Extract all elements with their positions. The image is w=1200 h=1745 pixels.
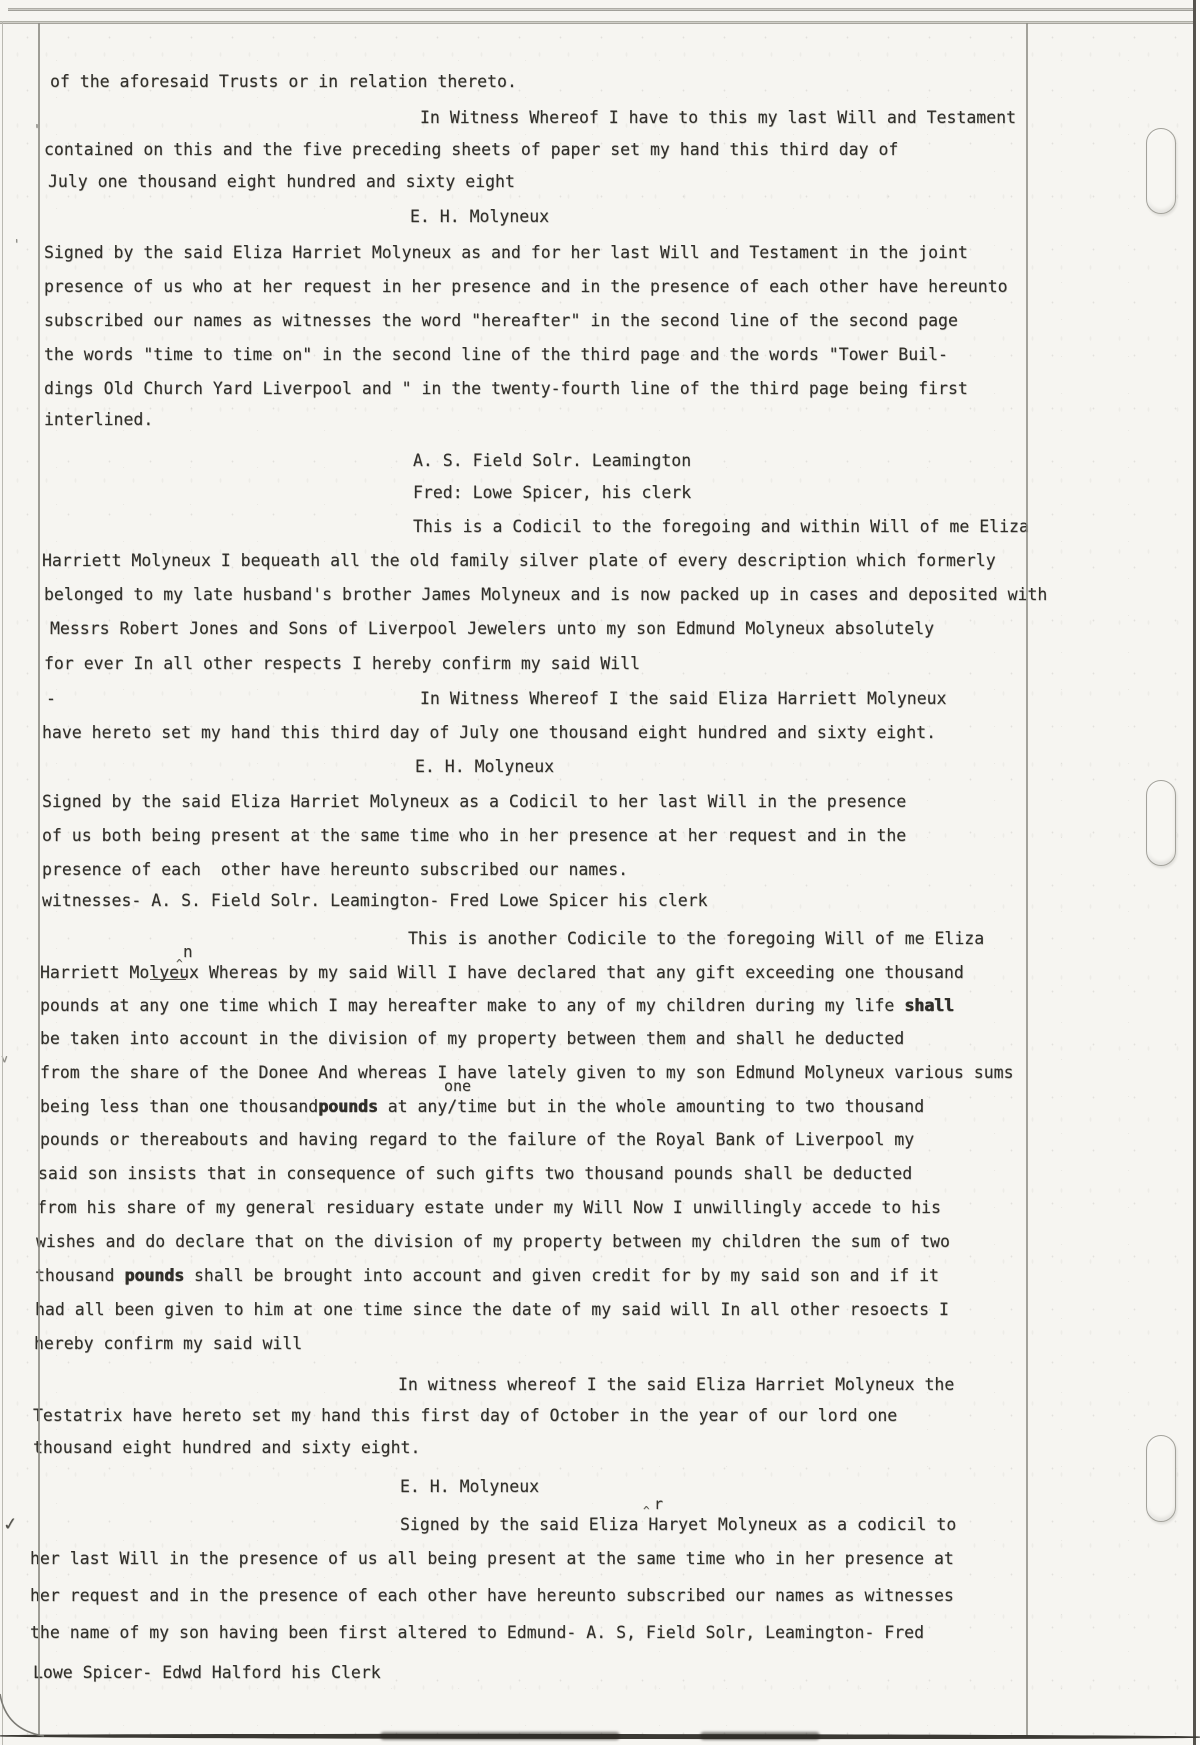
text-line: pounds at any one time which I may herea…: [40, 996, 954, 1016]
document-page: of the aforesaid Trusts or in relation t…: [0, 0, 1200, 1745]
left-page-edge-line: [2, 21, 3, 1745]
text-line: Lowe Spicer- Edwd Halford his Clerk: [33, 1663, 381, 1683]
text-line: witnesses- A. S. Field Solr. Leamington-…: [42, 891, 708, 911]
check-mark: ✓: [3, 1512, 17, 1533]
text-line: presence of each other have hereunto sub…: [42, 860, 628, 880]
text-line: In Witness Whereof I the said Eliza Harr…: [420, 689, 947, 709]
text-line: Signed by the said Eliza Harriet Molyneu…: [44, 243, 968, 263]
punch-hole: [1146, 128, 1176, 214]
punch-hole: [1146, 780, 1176, 866]
text-line: presence of us who at her request in her…: [44, 277, 1008, 297]
inserted-letter-r: r: [654, 1497, 663, 1512]
text-line: thousand pounds shall be brought into ac…: [35, 1266, 939, 1286]
text-line: This is another Codicile to the foregoin…: [408, 929, 984, 949]
text-line: of the aforesaid Trusts or in relation t…: [50, 72, 517, 92]
text-line: contained on this and the five preceding…: [44, 140, 898, 160]
text-line: thousand eight hundred and sixty eight.: [33, 1438, 420, 1458]
text-line: her last Will in the presence of us all …: [30, 1549, 954, 1569]
text-line: have hereto set my hand this third day o…: [42, 723, 936, 743]
text-line: belonged to my late husband's brother Ja…: [44, 585, 1047, 605]
text-line: wishes and do declare that on the divisi…: [36, 1232, 950, 1252]
text-line: from the share of the Donee And whereas …: [40, 1063, 1014, 1083]
text-line: had all been given to him at one time si…: [35, 1300, 949, 1320]
text-line: In witness whereof I the said Eliza Harr…: [398, 1375, 954, 1395]
text-line: Messrs Robert Jones and Sons of Liverpoo…: [50, 619, 934, 639]
insertion-caret: ^: [643, 1505, 650, 1516]
text-line: hereby confirm my said will: [34, 1334, 302, 1354]
text-line: Testatrix have hereto set my hand this f…: [33, 1406, 897, 1426]
text-line: This is a Codicil to the foregoing and w…: [413, 517, 1029, 537]
text-line: for ever In all other respects I hereby …: [44, 654, 640, 674]
text-line: of us both being present at the same tim…: [42, 826, 906, 846]
text-line: her request and in the presence of each …: [30, 1586, 954, 1606]
text-line: being less than one thousandpounds at an…: [40, 1097, 924, 1117]
inserted-word-one: one: [444, 1079, 471, 1094]
text-line: the words "time to time on" in the secon…: [44, 345, 948, 365]
scan-background-strip: [1196, 0, 1200, 1745]
text-line: interlined.: [44, 410, 153, 430]
scan-smudge: [700, 1732, 820, 1740]
text-line: dings Old Church Yard Liverpool and " in…: [44, 379, 968, 399]
text-line: -: [46, 689, 56, 709]
molyeux-underline: [150, 979, 186, 980]
stray-mark: ': [13, 238, 20, 250]
text-line: said son insists that in consequence of …: [38, 1164, 912, 1184]
insertion-caret: ^: [176, 958, 183, 969]
text-line: be taken into account in the division of…: [40, 1029, 904, 1049]
text-line: Signed by the said Eliza Haryet Molyneux…: [400, 1515, 956, 1535]
text-line: A. S. Field Solr. Leamington: [413, 451, 691, 471]
scan-smudge: [380, 1732, 620, 1740]
stray-mark: ': [33, 124, 41, 137]
text-line: pounds or thereabouts and having regard …: [40, 1130, 914, 1150]
page-curl-line: [0, 1680, 60, 1742]
text-line: the name of my son having been first alt…: [30, 1623, 924, 1643]
text-line: subscribed our names as witnesses the wo…: [44, 311, 958, 331]
text-line: Fred: Lowe Spicer, his clerk: [413, 483, 691, 503]
text-line: from his share of my general residuary e…: [37, 1198, 941, 1218]
text-line: In Witness Whereof I have to this my las…: [420, 108, 1016, 128]
text-line: July one thousand eight hundred and sixt…: [48, 172, 515, 192]
punch-hole: [1146, 1435, 1176, 1522]
text-line: Harriett Molyneux I bequeath all the old…: [42, 551, 996, 571]
text-line: Signed by the said Eliza Harriet Molyneu…: [42, 792, 906, 812]
left-margin-rule: [38, 23, 40, 1737]
text-layer: of the aforesaid Trusts or in relation t…: [0, 0, 1200, 1745]
text-line: E. H. Molyneux: [400, 1477, 539, 1497]
text-line: E. H. Molyneux: [415, 757, 554, 777]
text-line: E. H. Molyneux: [410, 207, 549, 227]
right-margin-rule: [1026, 23, 1028, 1737]
inserted-letter-n: n: [183, 944, 193, 960]
